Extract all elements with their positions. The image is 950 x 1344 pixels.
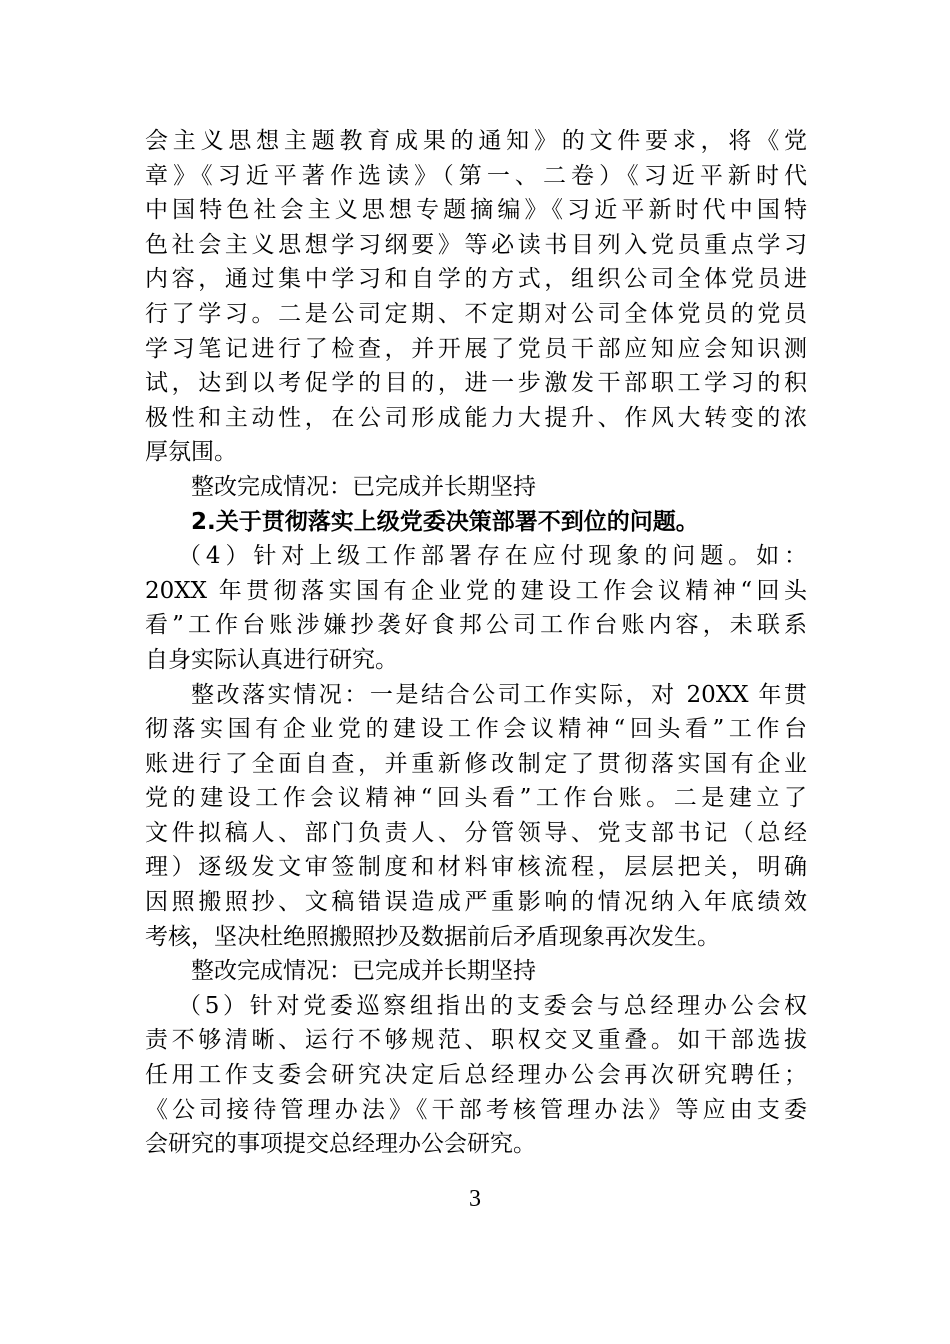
- paragraph-continuation: 会主义思想主题教育成果的通知》的文件要求，将《党 章》《习近平著作选读》（第一、…: [145, 124, 807, 470]
- text-line: （4）针对上级工作部署存在应付现象的问题。如：: [145, 539, 807, 574]
- document-page: 会主义思想主题教育成果的通知》的文件要求，将《党 章》《习近平著作选读》（第一、…: [0, 0, 950, 1344]
- text-line: 学习笔记进行了检查，并开展了党员干部应知应会知识测: [145, 332, 807, 367]
- text-line: 行了学习。二是公司定期、不定期对公司全体党员的党员: [145, 297, 807, 332]
- text-line: 20XX 年贯彻落实国有企业党的建设工作会议精神“回头: [145, 574, 807, 609]
- completion-status: 整改完成情况：已完成并长期坚持: [145, 954, 807, 989]
- text-line: 账进行了全面自查，并重新修改制定了贯彻落实国有企业: [145, 747, 807, 782]
- text-line: 因照搬照抄、文稿错误造成严重影响的情况纳入年底绩效: [145, 885, 807, 920]
- text-line: 会研究的事项提交总经理办公会研究。: [145, 1127, 807, 1162]
- text-line: 任用工作支委会研究决定后总经理办公会再次研究聘任；: [145, 1058, 807, 1093]
- text-line: 理）逐级发文审签制度和材料审核流程，层层把关，明确: [145, 850, 807, 885]
- paragraph-item-5: （5）针对党委巡察组指出的支委会与总经理办公会权 责不够清晰、运行不够规范、职权…: [145, 989, 807, 1162]
- text-line: 责不够清晰、运行不够规范、职权交叉重叠。如干部选拔: [145, 1023, 807, 1058]
- text-line: 《公司接待管理办法》《干部考核管理办法》等应由支委: [145, 1093, 807, 1128]
- section-heading: 2.关于贯彻落实上级党委决策部署不到位的问题。: [145, 505, 807, 540]
- text-line: 会主义思想主题教育成果的通知》的文件要求，将《党: [145, 124, 807, 159]
- text-line: 看”工作台账涉嫌抄袭好食邦公司工作台账内容，未联系: [145, 608, 807, 643]
- text-line: 整改完成情况：已完成并长期坚持: [145, 470, 807, 505]
- text-line: 内容，通过集中学习和自学的方式，组织公司全体党员进: [145, 262, 807, 297]
- text-line: 党的建设工作会议精神“回头看”工作台账。二是建立了: [145, 781, 807, 816]
- paragraph-implementation: 整改落实情况：一是结合公司工作实际，对 20XX 年贯 彻落实国有企业党的建设工…: [145, 678, 807, 955]
- paragraph-item-4: （4）针对上级工作部署存在应付现象的问题。如： 20XX 年贯彻落实国有企业党的…: [145, 539, 807, 677]
- text-line: （5）针对党委巡察组指出的支委会与总经理办公会权: [145, 989, 807, 1024]
- page-number: 3: [0, 1186, 950, 1213]
- document-body: 会主义思想主题教育成果的通知》的文件要求，将《党 章》《习近平著作选读》（第一、…: [145, 124, 807, 1162]
- text-line: 极性和主动性，在公司形成能力大提升、作风大转变的浓: [145, 401, 807, 436]
- text-line: 自身实际认真进行研究。: [145, 643, 807, 678]
- text-line: 试，达到以考促学的目的，进一步激发干部职工学习的积: [145, 366, 807, 401]
- completion-status: 整改完成情况：已完成并长期坚持: [145, 470, 807, 505]
- text-line: 整改完成情况：已完成并长期坚持: [145, 954, 807, 989]
- heading-text: 2.关于贯彻落实上级党委决策部署不到位的问题。: [145, 505, 807, 540]
- text-line: 考核，坚决杜绝照搬照抄及数据前后矛盾现象再次发生。: [145, 920, 807, 955]
- text-line: 文件拟稿人、部门负责人、分管领导、党支部书记（总经: [145, 816, 807, 851]
- text-line: 中国特色社会主义思想专题摘编》《习近平新时代中国特: [145, 193, 807, 228]
- text-line: 厚氛围。: [145, 435, 807, 470]
- text-line: 色社会主义思想学习纲要》等必读书目列入党员重点学习: [145, 228, 807, 263]
- text-line: 章》《习近平著作选读》（第一、二卷）《习近平新时代: [145, 159, 807, 194]
- text-line: 整改落实情况：一是结合公司工作实际，对 20XX 年贯: [145, 678, 807, 713]
- text-line: 彻落实国有企业党的建设工作会议精神“回头看”工作台: [145, 712, 807, 747]
